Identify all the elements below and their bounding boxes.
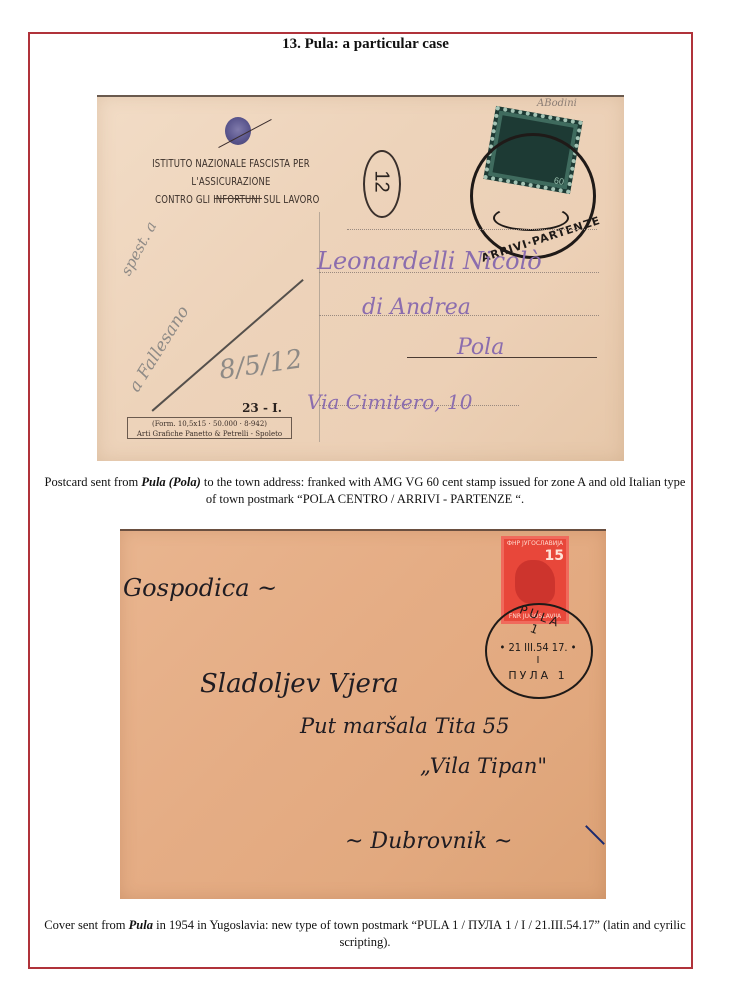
printer-box: (Form. 10,5x15 · 50.000 · 8-942) Arti Gr… xyxy=(127,417,292,439)
printer-form-info: (Form. 10,5x15 · 50.000 · 8-942) xyxy=(128,419,291,429)
stamp-figure xyxy=(515,560,555,604)
handwritten-city: ~ Dubrovnik ~ xyxy=(345,829,512,854)
caption-text: Cover sent from xyxy=(44,918,128,932)
postcard-edge xyxy=(97,95,624,97)
caption-cover: Cover sent from Pula in 1954 in Yugoslav… xyxy=(40,917,690,951)
institution-line-1: ISTITUTO NAZIONALE FASCISTA PER L'ASSICU… xyxy=(123,155,339,191)
handwritten-villa: „Vila Tipan" xyxy=(420,754,547,778)
oval-mark-number: 12 xyxy=(370,170,393,192)
postcard-image: ABodini ISTITUTO NAZIONALE FASCISTA PER … xyxy=(97,95,624,461)
cover-image: ФНР ЈУГОСЛАВИЈА 15 FNR JUGOSLAVIJA PULA … xyxy=(120,529,606,899)
pencil-strike xyxy=(152,279,304,411)
caption-postcard: Postcard sent from Pula (Pola) to the to… xyxy=(40,474,690,508)
caption-text: in 1954 in Yugoslavia: new type of town … xyxy=(153,918,686,949)
institution-rule xyxy=(214,198,262,199)
form-number: 23 - I. xyxy=(212,401,312,415)
printer-name: Arti Grafiche Panetto & Petrelli - Spole… xyxy=(128,429,291,439)
handwritten-salutation: Gospodica ~ xyxy=(123,574,277,602)
caption-text: Postcard sent from xyxy=(45,475,142,489)
ink-mark xyxy=(585,825,605,845)
caption-text: to the town address: franked with AMG VG… xyxy=(201,475,686,506)
institution-header: ISTITUTO NAZIONALE FASCISTA PER L'ASSICU… xyxy=(123,155,339,209)
caption-place: Pula xyxy=(129,918,153,932)
address-patronymic: di Andrea xyxy=(362,295,471,320)
address-street: Via Cimitero, 10 xyxy=(307,390,472,414)
address-line xyxy=(347,229,597,230)
postmark-date: • 21 III.54 17. • xyxy=(488,641,588,654)
postcard-signature: ABodini xyxy=(537,98,577,109)
caption-place: Pula (Pola) xyxy=(141,475,200,489)
cover-edge xyxy=(120,529,606,531)
stamp-country-cyrillic: ФНР ЈУГОСЛАВИЈА xyxy=(501,540,569,547)
stamp-value: 15 xyxy=(545,548,564,564)
handwritten-street: Put maršala Tita 55 xyxy=(300,714,510,738)
oval-mark: 12 xyxy=(363,150,401,218)
postmark-cyrillic: ПУЛА 1 xyxy=(498,669,578,682)
address-name: Leonardelli Nicolò xyxy=(317,247,542,275)
handwritten-name: Sladoljev Vjera xyxy=(200,669,399,699)
address-city: Pola xyxy=(457,335,504,360)
institution-line-2: CONTRO GLI INFORTUNI SUL LAVORO xyxy=(123,191,339,209)
pencil-date: 8/5/12 xyxy=(217,344,304,385)
pencil-note: spest. a xyxy=(117,218,160,278)
page-title: 13. Pula: a particular case xyxy=(0,36,731,53)
postmark-index: I xyxy=(528,655,548,666)
